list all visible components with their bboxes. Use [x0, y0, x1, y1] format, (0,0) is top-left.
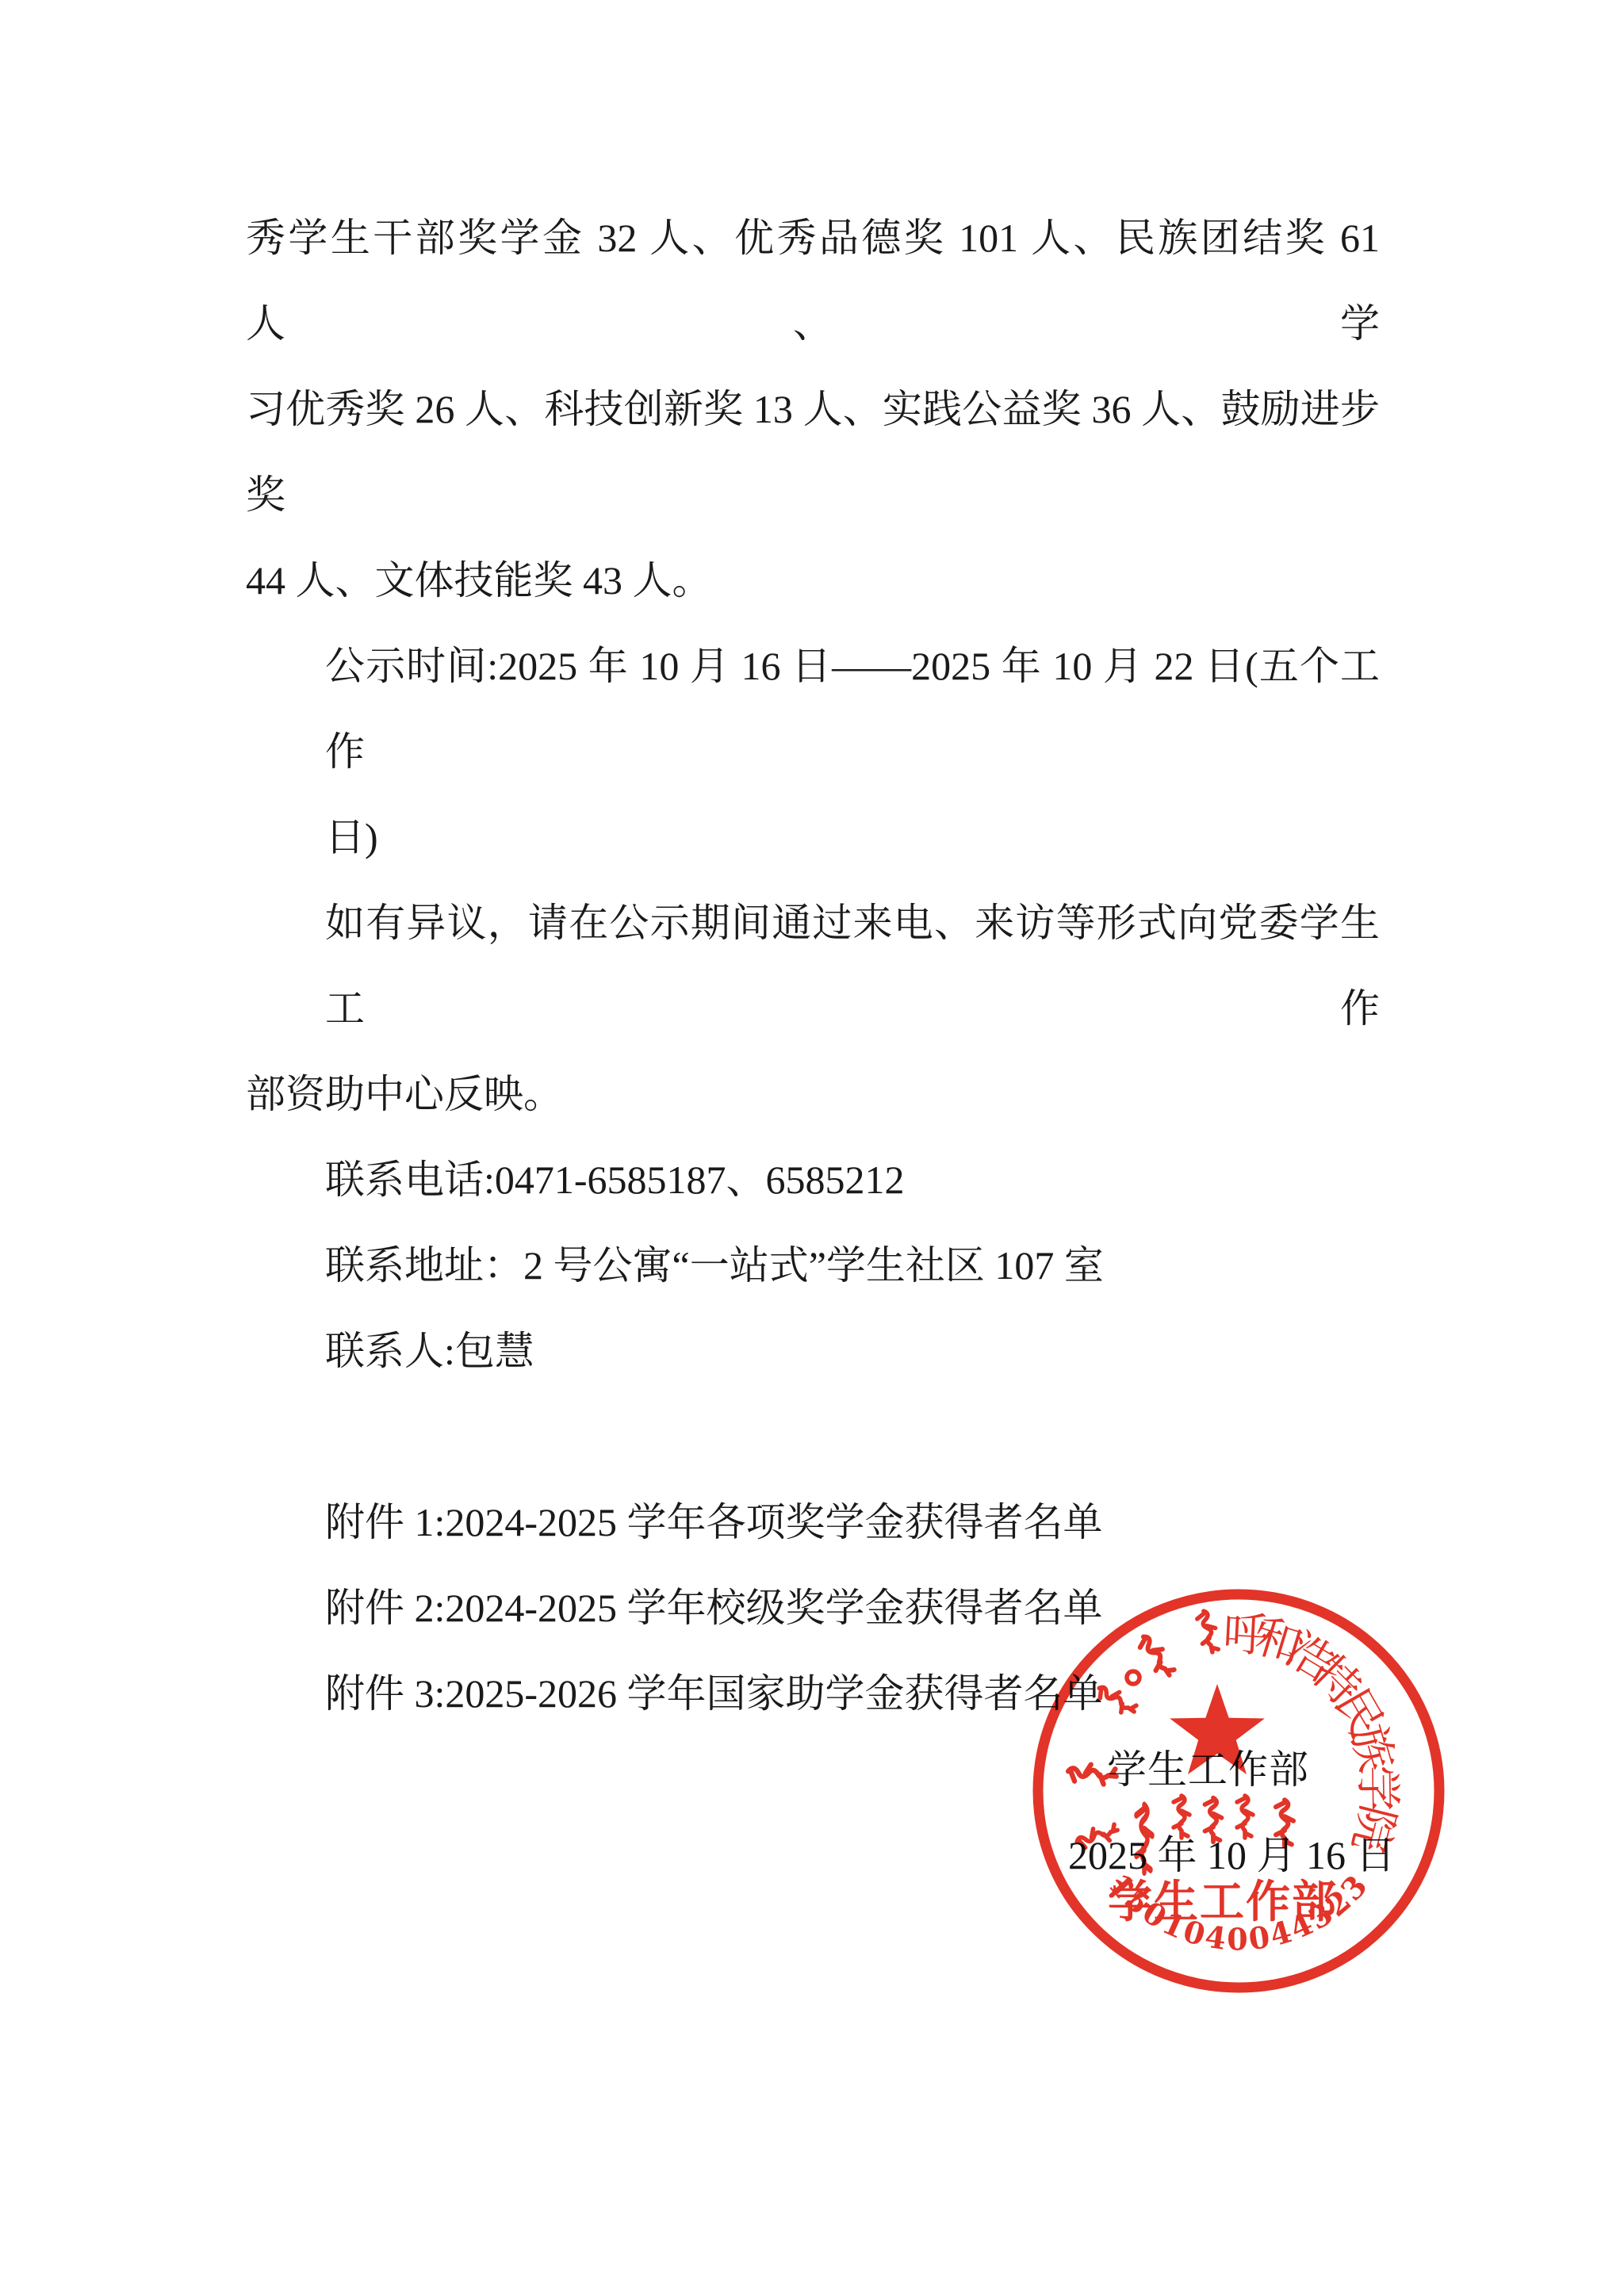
document-body: 秀学生干部奖学金 32 人、优秀品德奖 101 人、民族团结奖 61 人、学 习…	[246, 195, 1380, 1736]
body-line: 秀学生干部奖学金 32 人、优秀品德奖 101 人、民族团结奖 61 人、学	[246, 195, 1380, 366]
body-line-publicity-period: 公示时间:2025 年 10 月 16 日——2025 年 10 月 22 日(…	[246, 623, 1380, 794]
attachment-1: 附件 1:2024-2025 学年各项奖学金获得者名单	[246, 1479, 1380, 1565]
body-line: 44 人、文体技能奖 43 人。	[246, 538, 1380, 623]
body-line-contact-person: 联系人:包慧	[246, 1308, 1380, 1394]
body-line: 习优秀奖 26 人、科技创新奖 13 人、实践公益奖 36 人、鼓励进步奖	[246, 366, 1380, 538]
document-page: 秀学生干部奖学金 32 人、优秀品德奖 101 人、民族团结奖 61 人、学 习…	[0, 0, 1624, 2296]
mongolian-script-middle	[1136, 1796, 1293, 1873]
body-line: 部资助中心反映。	[246, 1051, 1380, 1137]
official-stamp: 呼 和 浩 特 民 族 学 院 学生工作部	[1025, 1587, 1469, 2019]
star-icon	[1170, 1684, 1265, 1774]
body-line-contact-phone: 联系电话:0471-6585187、6585212	[246, 1137, 1380, 1223]
body-line-objection-notice: 如有异议，请在公示期间通过来电、来访等形式向党委学生工作	[246, 880, 1380, 1051]
body-line: 日)	[246, 794, 1380, 880]
body-line-contact-address: 联系地址：2 号公寓“一站式”学生社区 107 室	[246, 1223, 1380, 1308]
